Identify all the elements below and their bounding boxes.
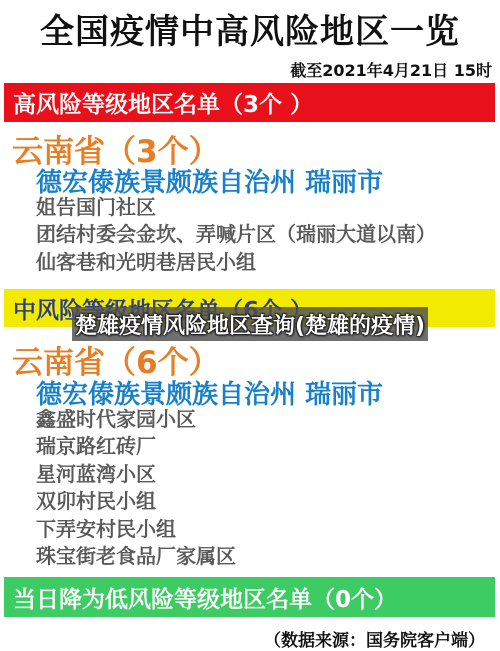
data-cutoff-timestamp: 截至2021年4月21日 15时 <box>290 58 492 81</box>
list-item: 团结村委会金坎、弄喊片区（瑞丽大道以南） <box>36 221 436 248</box>
list-item: 下弄安村民小组 <box>36 516 236 543</box>
list-item: 姐告国门社区 <box>36 194 436 221</box>
watermark-text: 楚雄疫情风险地区查询(楚雄的疫情) <box>75 309 425 340</box>
high-risk-area-list: 姐告国门社区 团结村委会金坎、弄喊片区（瑞丽大道以南） 仙客巷和光明巷居民小组 <box>36 194 436 276</box>
high-risk-banner-label: 高风险等级地区名单（3个 ） <box>13 86 313 119</box>
list-item: 瑞京路红砖厂 <box>36 433 236 460</box>
data-source-note: （数据来源：国务院客户端） <box>264 626 485 651</box>
list-item: 星河蓝湾小区 <box>36 461 236 488</box>
page-title: 全国疫情中高风险地区一览 <box>0 4 500 53</box>
list-item: 仙客巷和光明巷居民小组 <box>36 249 436 276</box>
low-risk-banner: 当日降为低风险等级地区名单（0个） <box>4 577 495 617</box>
list-item: 双卯村民小组 <box>36 488 236 515</box>
list-item: 鑫盛时代家园小区 <box>36 406 236 433</box>
watermark-overlay: 楚雄疫情风险地区查询(楚雄的疫情) <box>72 307 428 341</box>
low-risk-banner-label: 当日降为低风险等级地区名单（0个） <box>13 581 397 614</box>
list-item: 珠宝街老食品厂家属区 <box>36 543 236 570</box>
high-risk-banner: 高风险等级地区名单（3个 ） <box>4 83 495 122</box>
mid-risk-area-list: 鑫盛时代家园小区 瑞京路红砖厂 星河蓝湾小区 双卯村民小组 下弄安村民小组 珠宝… <box>36 406 236 570</box>
infographic-page: 全国疫情中高风险地区一览 截至2021年4月21日 15时 高风险等级地区名单（… <box>0 0 500 651</box>
